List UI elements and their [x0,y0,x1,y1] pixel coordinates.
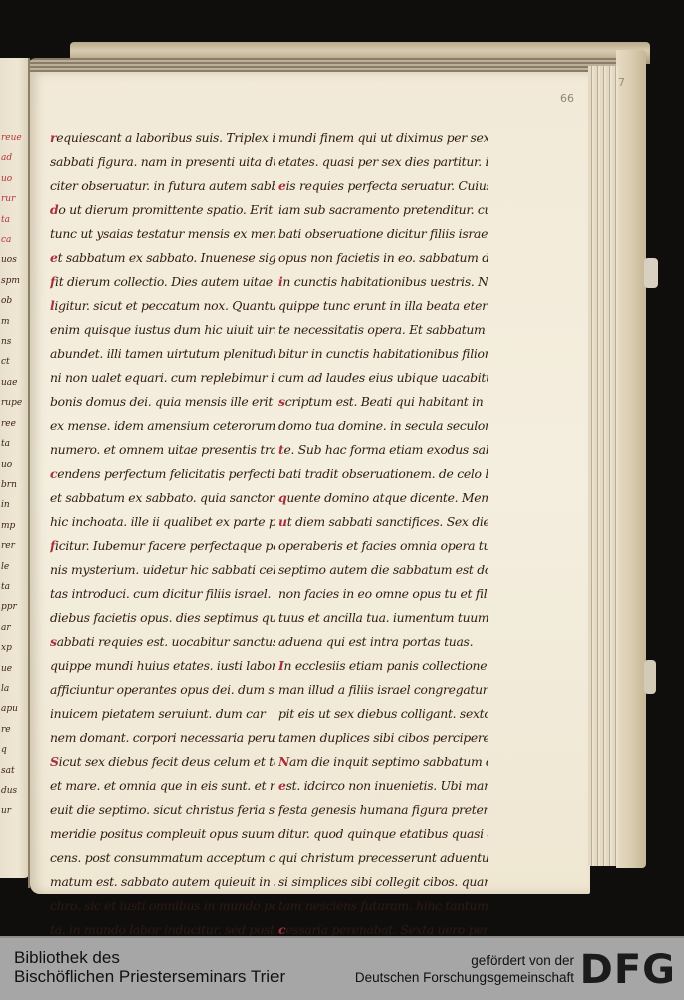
manuscript-line: Nam die inquit septimo sabbatum domini [278,750,488,774]
rubric-initial: i [278,274,282,289]
left-page-line: re [1,720,27,740]
manuscript-line: bitur in cunctis habitationibus filiorum… [278,342,488,366]
rubric-initial: N [278,754,289,769]
book-fore-edge [616,50,646,868]
rubric-initial: e [278,178,286,193]
manuscript-line: ditur. quod quinque etatibus quasi diebu… [278,822,488,846]
left-page-line: m [1,312,27,332]
rubric-initial: c [278,922,285,936]
manuscript-line: tamen duplices sibi cibos perciperent. [278,726,488,750]
left-page-sliver: reueaduorurtacauosspmobmnsctuaerupereeta… [0,58,30,878]
rubric-initial: f [50,538,55,553]
manuscript-line: quippe mundi huius etates. iusti laborib… [50,654,275,678]
manuscript-line: operaberis et facies omnia opera tua. [278,534,488,558]
left-page-text: reueaduorurtacauosspmobmnsctuaerupereeta… [1,128,27,822]
manuscript-line: requiescant a laboribus suis. Triplex ii… [50,126,275,150]
rubric-initial: t [278,442,283,457]
left-page-line: rur [1,189,27,209]
funding-credit: gefördert von der Deutschen Forschungsge… [355,952,574,986]
manuscript-line: te necessitatis opera. Et sabbatum domin… [278,318,488,342]
text-column-right: mundi finem qui ut diximus per sexetates… [278,126,488,936]
manuscript-line: iam sub sacramento pretenditur. cum de s… [278,198,488,222]
page-tab-upper [644,258,658,288]
manuscript-line: cum ad laudes eius ubique uacabitur sicu… [278,366,488,390]
left-page-line: sat [1,761,27,781]
manuscript-line: numero. et omnem uitae presentis transi [50,438,275,462]
manuscript-line: man illud a filiis israel congregatur. p… [278,678,488,702]
left-page-line: la [1,679,27,699]
manuscript-line: scriptum est. Beati qui habitant in [278,390,488,414]
left-page-line: ad [1,148,27,168]
rubric-initial: f [50,274,55,289]
left-page-line: ppr [1,597,27,617]
manuscript-line: te. Sub hac forma etiam exodus sab [278,438,488,462]
left-page-line: reue [1,128,27,148]
manuscript-line: nem domant. corpori necessaria peruat. [50,726,275,750]
manuscript-line: et sabbatum ex sabbato. Inuenese sig de- [50,246,275,270]
left-page-line: le [1,557,27,577]
rubric-initial: r [50,130,56,145]
manuscript-line: bonis domus dei. quia mensis ille erit [50,390,275,414]
manuscript-line: Sicut sex diebus fecit deus celum et ter… [50,750,275,774]
rubric-initial: e [50,250,58,265]
manuscript-line: quippe tunc erunt in illa beata eterni [278,294,488,318]
left-page-line: uae [1,373,27,393]
manuscript-line: mundi finem qui ut diximus per sex [278,126,488,150]
manuscript-line: etates. quasi per sex dies partitur. in … [278,150,488,174]
manuscript-line: hic inchoata. ille ii qualibet ex parte … [50,510,275,534]
left-page-line: spm [1,271,27,291]
manuscript-line: septimo autem die sabbatum est domini de… [278,558,488,582]
library-name-line1: Bibliothek des [14,948,285,967]
rubric-initial: s [278,394,285,409]
left-page-line: apu [1,699,27,719]
library-name: Bibliothek des Bischöflichen Priestersem… [14,948,285,986]
rubric-initial: I [278,658,284,673]
page-tab-lower [644,660,656,694]
rubric-initial: l [50,298,54,313]
manuscript-line: aduena qui est intra portas tuas. [278,630,488,654]
manuscript-line: enim quisque iustus dum hic uiuit uirtut… [50,318,275,342]
manuscript-line: pit eis ut sex diebus colligant. sexto [278,702,488,726]
left-page-line: ns [1,332,27,352]
left-page-line: ta [1,210,27,230]
funding-credit-line1: gefördert von der [355,952,574,969]
left-page-line: rupe [1,393,27,413]
rubric-initial: d [50,202,58,217]
manuscript-line: ligitur. sicut et peccatum nox. Quantum [50,294,275,318]
rubric-initial: c [50,466,57,481]
manuscript-line: sabbati requies est. uocabitur sanctus. … [50,630,275,654]
left-page-line: ta [1,577,27,597]
left-page-line: ct [1,352,27,372]
manuscript-line: et sabbatum ex sabbato. quia sanctorum q… [50,486,275,510]
manuscript-line: do ut dierum promittente spatio. Erit en… [50,198,275,222]
manuscript-line: diebus facietis opus. dies septimus quia [50,606,275,630]
manuscript-line: qui christum precesserunt aduentum non i… [278,846,488,870]
manuscript-line: tam nesciens futuram. hinc tantum ne [278,894,488,918]
left-page-line: rer [1,536,27,556]
left-page-line: dus [1,781,27,801]
manuscript-line: quente domino atque dicente. Memento [278,486,488,510]
rubric-initial: e [278,778,286,793]
manuscript-line: ni non ualet equari. cum replebimur in [50,366,275,390]
manuscript-line: bati tradit obseruationem. de celo lo [278,462,488,486]
manuscript-line: meridie positus compleuit opus suum di [50,822,275,846]
manuscript-line: ex mense. idem amensium ceterorum except… [50,414,275,438]
manuscript-scan: reueaduorurtacauosspmobmnsctuaerupereeta… [0,0,684,936]
manuscript-line: est. idcirco non inuenietis. Ubi manu [278,774,488,798]
manuscript-line: tunc ut ysaias testatur mensis ex mense. [50,222,275,246]
manuscript-line: abundet. illi tamen uirtutum plenitudi [50,342,275,366]
manuscript-line: inuicem pietatem seruiunt. dum car [50,702,275,726]
manuscript-line: In ecclesiis etiam panis collectione dum [278,654,488,678]
manuscript-line: in cunctis habitationibus uestris. Nulla [278,270,488,294]
manuscript-line: ta. in mundo labor inducitur. sed post [50,918,275,936]
left-page-line: uo [1,169,27,189]
manuscript-line: chro. sic et iusti omnibus in mundo posi [50,894,275,918]
manuscript-line: bati obseruatione dicitur filiis israel.… [278,222,488,246]
left-page-line: ree [1,414,27,434]
manuscript-line: ut diem sabbati sanctifices. Sex diebus [278,510,488,534]
footer-banner: Bibliothek des Bischöflichen Priestersem… [0,936,684,1000]
manuscript-line: sabbati figura. nam in presenti uita dup… [50,150,275,174]
dfg-logo: DFG [580,948,676,992]
manuscript-line: nis mysterium. uidetur hic sabbati celeb [50,558,275,582]
manuscript-line: matum est. sabbato autem quieuit in sepu… [50,870,275,894]
left-page-line: ur [1,801,27,821]
left-page-line: ob [1,291,27,311]
edge-pencil-mark: 7 [618,76,625,89]
left-page-line: uos [1,250,27,270]
folio-number: 66 [560,92,574,105]
manuscript-line: cessaria perenabat. Sexta uero per chris… [278,918,488,936]
manuscript-line: citer obseruatur. in futura autem sabbat… [50,174,275,198]
manuscript-line: tuus et ancilla tua. iumentum tuum et [278,606,488,630]
funding-credit-line2: Deutschen Forschungsgemeinschaft [355,969,574,986]
manuscript-line: tas introduci. cum dicitur filiis israel… [50,582,275,606]
left-page-line: ar [1,618,27,638]
left-page-line: ca [1,230,27,250]
left-page-line: uo [1,455,27,475]
manuscript-line: non facies in eo omne opus tu et filius [278,582,488,606]
manuscript-line: eis requies perfecta seruatur. Cuius ima… [278,174,488,198]
rubric-initial: s [50,634,57,649]
manuscript-line: ficitur. Iubemur facere perfectaque paus… [50,534,275,558]
rubric-initial: q [278,490,286,505]
manuscript-line: cens. post consummatum acceptum consu [50,846,275,870]
left-page-line: brn [1,475,27,495]
manuscript-line: opus non facietis in eo. sabbatum domini… [278,246,488,270]
rubric-initial: u [278,514,287,529]
left-page-line: q [1,740,27,760]
library-name-line2: Bischöflichen Priesterseminars Trier [14,967,285,986]
left-page-line: in [1,495,27,515]
manuscript-line: afficiuntur operantes opus dei. dum sibi [50,678,275,702]
manuscript-line: cendens perfectum felicitatis perfectio.… [50,462,275,486]
left-page-line: ue [1,659,27,679]
left-page-line: xp [1,638,27,658]
manuscript-line: festa genesis humana figura preten [278,798,488,822]
left-page-line: mp [1,516,27,536]
manuscript-line: domo tua domine. in secula seculorum lau… [278,414,488,438]
text-column-left: requiescant a laboribus suis. Triplex ii… [50,126,275,936]
left-page-line: ta [1,434,27,454]
manuscript-line: si simplices sibi collegit cibos. quan [278,870,488,894]
page-edges-stack [588,66,618,866]
manuscript-line: euit die septimo. sicut christus feria s… [50,798,275,822]
manuscript-line: et mare. et omnia que in eis sunt. et re… [50,774,275,798]
manuscript-line: fit dierum collectio. Dies autem uitae i… [50,270,275,294]
rubric-initial: S [50,754,59,769]
